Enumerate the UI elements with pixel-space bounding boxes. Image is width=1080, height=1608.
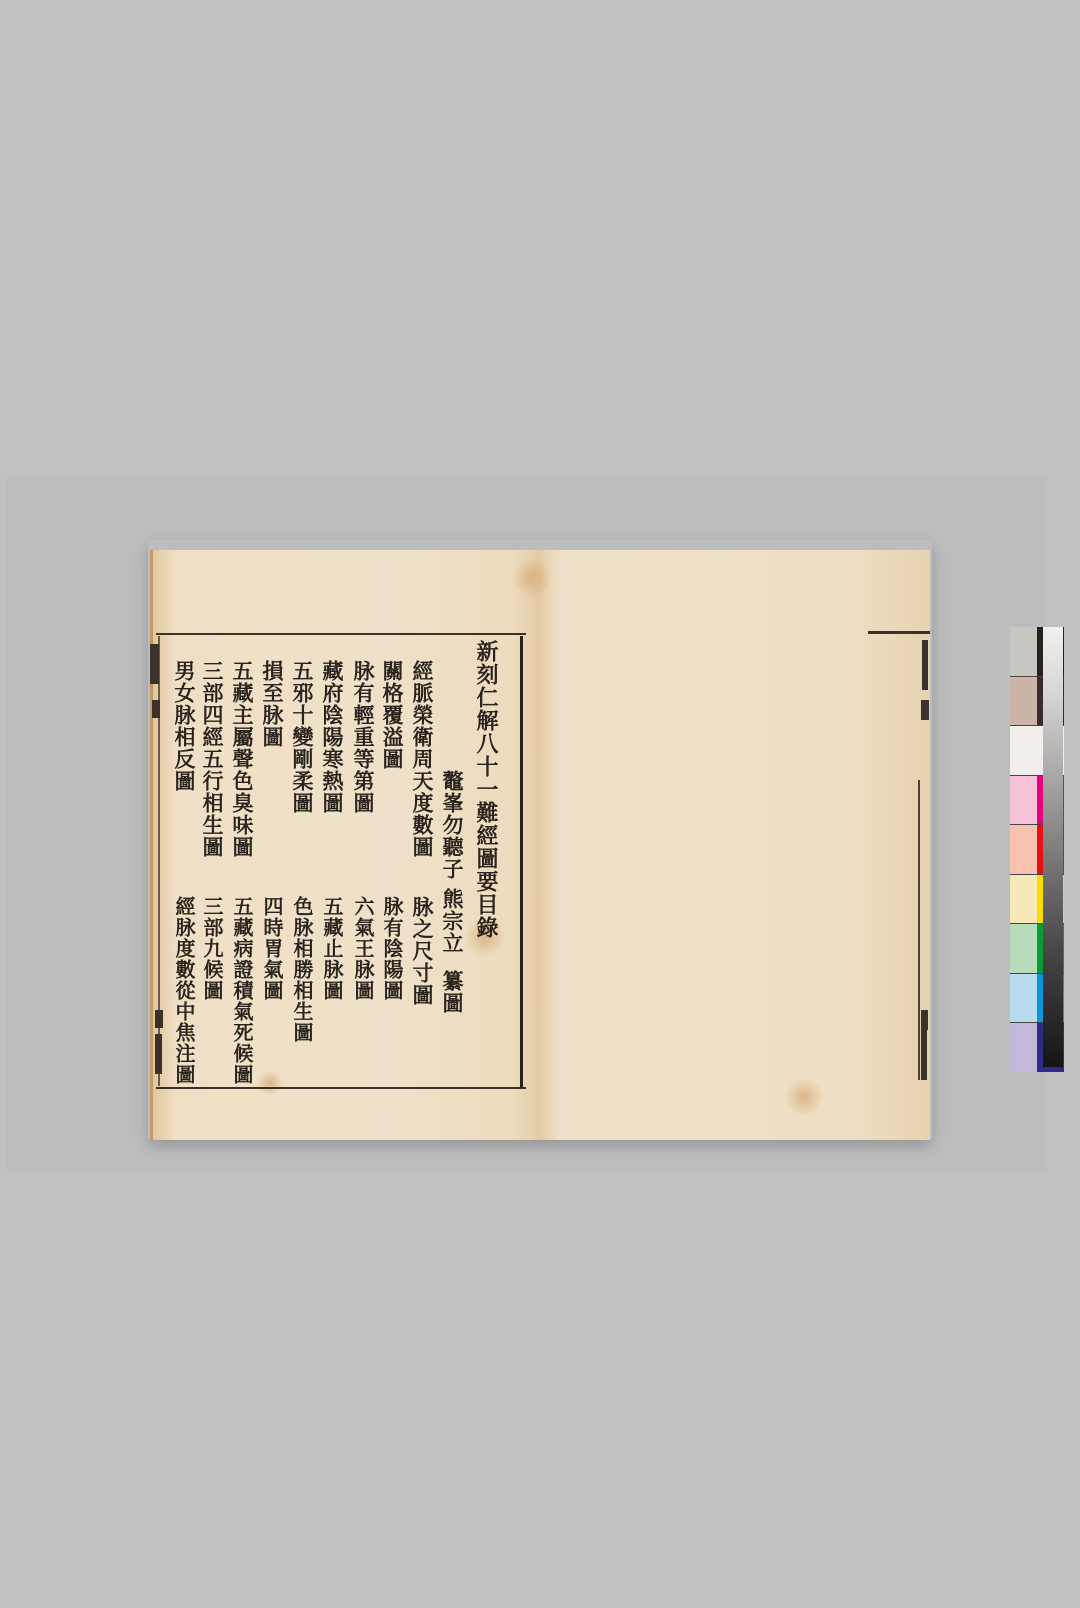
document-title: 新刻仁解八十一難經圖要目錄	[474, 640, 498, 939]
print-frame-right-border	[918, 780, 920, 1080]
print-frame	[868, 631, 930, 634]
toc-entry: 六氣王脉圖	[351, 896, 375, 1001]
stain	[512, 558, 552, 598]
toc-entry: 脉之尺寸圖	[410, 896, 434, 1006]
fishtail-mark	[921, 1030, 927, 1080]
fishtail-mark	[155, 1034, 162, 1074]
fishtail-mark	[150, 644, 159, 684]
right-page	[542, 550, 930, 1140]
toc-entry: 五藏止脉圖	[320, 896, 344, 1001]
author-role: 纂圖	[440, 970, 464, 1014]
toc-entry: 三部四經五行相生圖	[200, 660, 224, 858]
toc-entry: 經脉度數從中焦注圖	[172, 896, 196, 1085]
toc-entry: 脉有陰陽圖	[380, 896, 404, 1001]
fishtail-mark	[152, 700, 160, 718]
toc-entry: 男女脉相反圖	[172, 660, 196, 792]
toc-entry: 經脈榮衛周天度數圖	[410, 660, 434, 858]
fishtail-mark	[921, 1010, 928, 1030]
grayscale-strip	[1043, 627, 1063, 1067]
print-frame-right-border	[520, 636, 523, 1088]
toc-entry: 五藏病證積氣死候圖	[230, 896, 254, 1085]
fishtail-mark	[922, 640, 928, 690]
toc-entry: 四時胃氣圖	[260, 896, 284, 1001]
toc-entry: 五藏主屬聲色臭味圖	[230, 660, 254, 858]
toc-entry: 三部九候圖	[200, 896, 224, 1001]
fishtail-mark	[155, 1010, 163, 1028]
author-line: 鼇峯勿聽子	[440, 770, 464, 880]
stain	[786, 1076, 822, 1118]
toc-entry: 五邪十變剛柔圖	[290, 660, 314, 814]
toc-entry: 脉有輕重等第圖	[351, 660, 375, 814]
author-name: 熊宗立	[440, 888, 464, 954]
fishtail-mark	[921, 700, 929, 720]
toc-entry: 損至脉圖	[260, 660, 284, 748]
toc-entry: 色脉相勝相生圖	[290, 896, 314, 1043]
toc-entry: 藏府陰陽寒熱圖	[320, 660, 344, 814]
toc-entry: 關格覆溢圖	[380, 660, 404, 770]
